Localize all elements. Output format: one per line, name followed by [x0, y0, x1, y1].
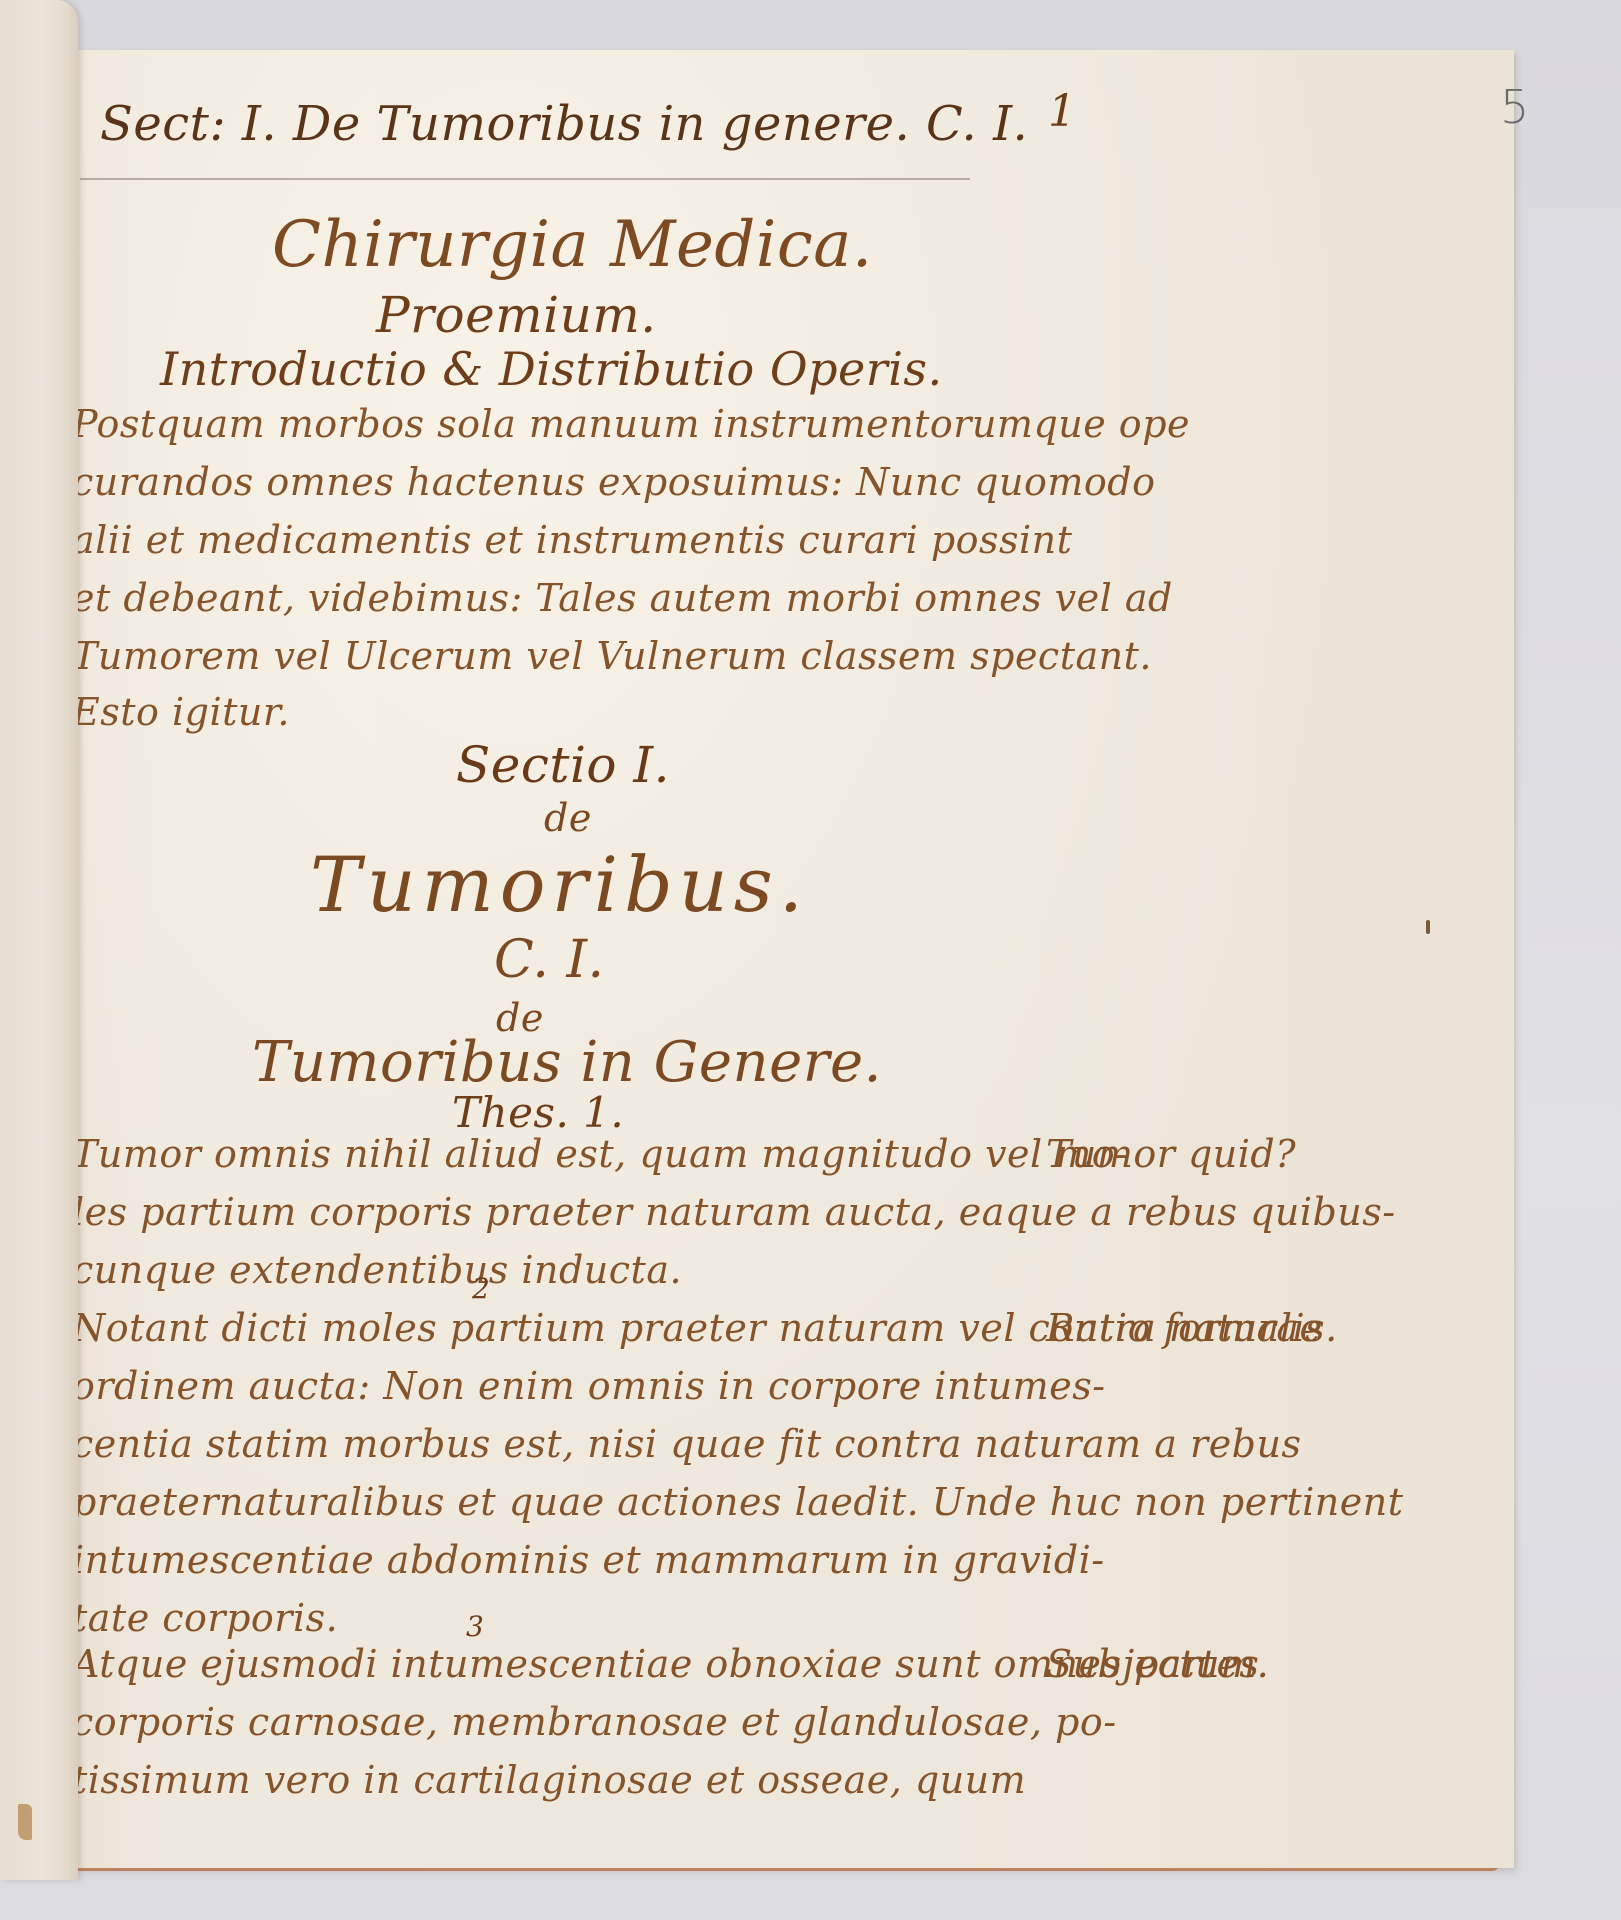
thesis-number: 3 — [466, 1610, 484, 1643]
facing-page-edge — [0, 0, 78, 1880]
running-head: Sect: I. De Tumoribus in genere. C. I. — [100, 96, 1028, 152]
thesis-line: Tumor omnis nihil aliud est, quam magnit… — [72, 1132, 1129, 1176]
work-title: Chirurgia Medica. — [272, 208, 873, 282]
margin-note: Ratio formalis. — [1046, 1306, 1338, 1350]
thesis-line: ordinem aucta: Non enim omnis in corpore… — [72, 1364, 1106, 1408]
thesis-line: les partium corporis praeter naturam auc… — [72, 1190, 1396, 1234]
thesis-line: cunque extendentibus inducta. — [72, 1248, 682, 1292]
thesis-line: praeternaturalibus et quae actiones laed… — [72, 1480, 1404, 1524]
section-title: Tumoribus. — [310, 840, 809, 929]
thesis-heading: Thes. 1. — [452, 1088, 624, 1137]
margin-note: Tumor quid? — [1046, 1132, 1296, 1176]
margin-note: Subjectum. — [1046, 1642, 1269, 1686]
manuscript-page: Sect: I. De Tumoribus in genere. C. I. 1… — [76, 50, 1514, 1868]
proemium-heading: Proemium. — [376, 286, 657, 344]
introduction-heading: Introductio & Distributio Operis. — [160, 342, 943, 396]
intro-line: Esto igitur. — [72, 690, 290, 734]
thesis-line: tissimum vero in cartilaginosae et ossea… — [72, 1758, 1026, 1802]
intro-line: et debeant, videbimus: Tales autem morbi… — [72, 576, 1173, 620]
thesis-line: intumescentiae abdominis et mammarum in … — [72, 1538, 1105, 1582]
thesis-line: tate corporis. — [72, 1596, 338, 1640]
chapter-title: Tumoribus in Genere. — [252, 1030, 882, 1095]
section-label: Sectio I. — [456, 736, 670, 794]
thesis-line: corporis carnosae, membranosae et glandu… — [72, 1700, 1117, 1744]
chapter-label: C. I. — [494, 930, 605, 990]
folio-number-pencil: 5 — [1500, 80, 1530, 134]
intro-line: alii et medicamentis et instrumentis cur… — [72, 518, 1072, 562]
folio-number-ink: 1 — [1048, 86, 1077, 137]
thesis-line: centia statim morbus est, nisi quae fit … — [72, 1422, 1301, 1466]
section-de: de — [544, 796, 592, 840]
paper-tear — [18, 1804, 32, 1840]
ink-speck — [1426, 920, 1430, 934]
header-rule — [80, 178, 970, 180]
intro-line: Postquam morbos sola manuum instrumentor… — [72, 402, 1190, 446]
intro-line: Tumorem vel Ulcerum vel Vulnerum classem… — [72, 634, 1152, 678]
intro-line: curandos omnes hactenus exposuimus: Nunc… — [72, 460, 1155, 504]
thesis-number: 2 — [472, 1272, 490, 1305]
